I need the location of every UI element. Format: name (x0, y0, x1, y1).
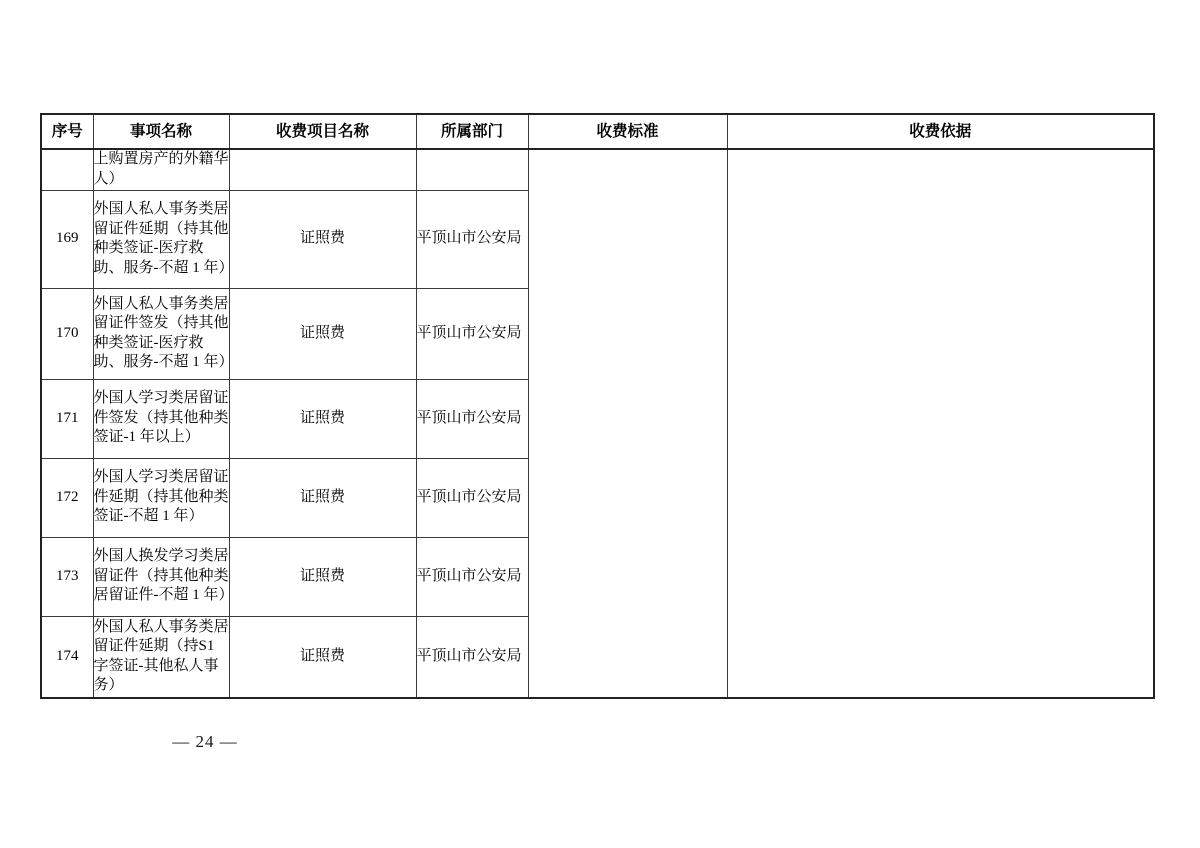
table-row: 上购置房产的外籍华人） (41, 149, 1154, 190)
cell-fee-standard-merged (528, 149, 727, 698)
cell-no: 174 (41, 616, 93, 698)
cell-fee-item: 证照费 (229, 190, 416, 288)
cell-fee-item: 证照费 (229, 379, 416, 458)
header-fee-basis: 收费依据 (727, 114, 1154, 149)
cell-item-name: 外国人私人事务类居留证件延期（持S1 字签证-其他私人事务） (93, 616, 229, 698)
cell-no: 170 (41, 288, 93, 379)
cell-item-name: 上购置房产的外籍华人） (93, 149, 229, 190)
header-item-name: 事项名称 (93, 114, 229, 149)
header-fee-item-name: 收费项目名称 (229, 114, 416, 149)
cell-fee-basis-merged (727, 149, 1154, 698)
cell-fee-item: 证照费 (229, 288, 416, 379)
cell-department: 平顶山市公安局 (416, 537, 528, 616)
document-page: 序号 事项名称 收费项目名称 所属部门 收费标准 收费依据 上购置房产的外籍华人… (0, 0, 1200, 848)
header-fee-standard: 收费标准 (528, 114, 727, 149)
cell-department: 平顶山市公安局 (416, 458, 528, 537)
cell-no: 173 (41, 537, 93, 616)
cell-item-name: 外国人学习类居留证件签发（持其他种类签证-1 年以上） (93, 379, 229, 458)
cell-no: 171 (41, 379, 93, 458)
header-no: 序号 (41, 114, 93, 149)
page-number: — 24 — (150, 732, 260, 752)
cell-department: 平顶山市公安局 (416, 288, 528, 379)
cell-fee-item (229, 149, 416, 190)
cell-department: 平顶山市公安局 (416, 616, 528, 698)
cell-item-name: 外国人换发学习类居留证件（持其他种类居留证件-不超 1 年） (93, 537, 229, 616)
cell-fee-item: 证照费 (229, 537, 416, 616)
fee-table: 序号 事项名称 收费项目名称 所属部门 收费标准 收费依据 上购置房产的外籍华人… (40, 113, 1155, 699)
cell-department (416, 149, 528, 190)
cell-fee-item: 证照费 (229, 458, 416, 537)
table-header-row: 序号 事项名称 收费项目名称 所属部门 收费标准 收费依据 (41, 114, 1154, 149)
cell-department: 平顶山市公安局 (416, 379, 528, 458)
cell-item-name: 外国人学习类居留证件延期（持其他种类签证-不超 1 年） (93, 458, 229, 537)
cell-item-name: 外国人私人事务类居留证件签发（持其他种类签证-医疗救助、服务-不超 1 年） (93, 288, 229, 379)
cell-department: 平顶山市公安局 (416, 190, 528, 288)
cell-fee-item: 证照费 (229, 616, 416, 698)
cell-no: 172 (41, 458, 93, 537)
header-department: 所属部门 (416, 114, 528, 149)
cell-item-name: 外国人私人事务类居留证件延期（持其他种类签证-医疗救助、服务-不超 1 年） (93, 190, 229, 288)
cell-no (41, 149, 93, 190)
cell-no: 169 (41, 190, 93, 288)
